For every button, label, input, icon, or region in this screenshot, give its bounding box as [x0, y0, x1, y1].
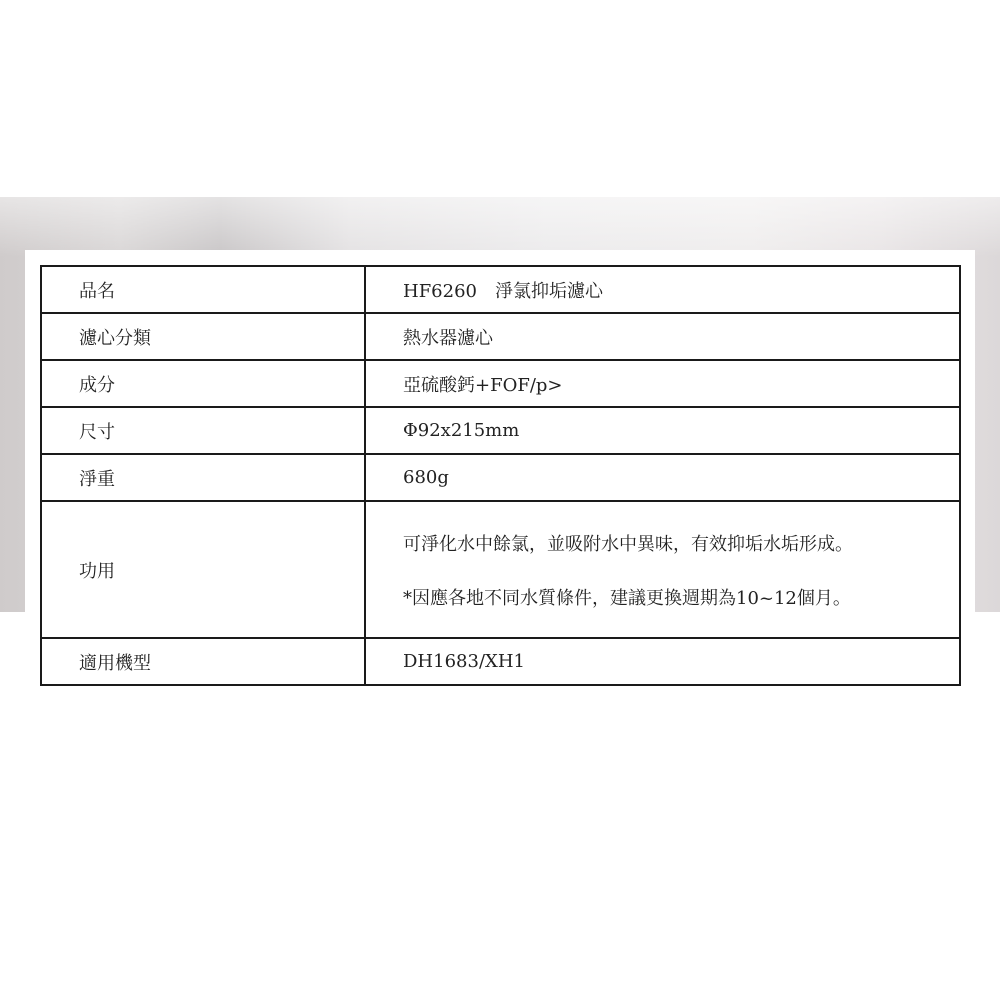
table-row-filter-category: 濾心分類 熱水器濾心	[41, 313, 960, 360]
row-value: 熱水器濾心	[365, 313, 960, 360]
product-spec-table: 品名 HF6260 淨氯抑垢濾心 濾心分類 熱水器濾心 成分 亞硫酸鈣+FOF/…	[40, 265, 961, 686]
row-value: Φ92x215mm	[365, 407, 960, 454]
table-row-ingredients: 成分 亞硫酸鈣+FOF/p>	[41, 360, 960, 407]
table-row-net-weight: 淨重 680g	[41, 454, 960, 501]
row-label: 尺寸	[41, 407, 365, 454]
table-row-product-name: 品名 HF6260 淨氯抑垢濾心	[41, 266, 960, 313]
row-value-multiline: 可淨化水中餘氯，並吸附水中異味，有效抑垢水垢形成。 *因應各地不同水質條件，建議…	[365, 501, 960, 638]
replacement-note: *因應各地不同水質條件，建議更換週期為10~12個月。	[403, 584, 959, 610]
table-row-dimensions: 尺寸 Φ92x215mm	[41, 407, 960, 454]
row-value: HF6260 淨氯抑垢濾心	[365, 266, 960, 313]
table-row-compatible-models: 適用機型 DH1683/XH1	[41, 638, 960, 685]
row-label: 成分	[41, 360, 365, 407]
table-row-function: 功用 可淨化水中餘氯，並吸附水中異味，有效抑垢水垢形成。 *因應各地不同水質條件…	[41, 501, 960, 638]
row-value: DH1683/XH1	[365, 638, 960, 685]
row-value: 亞硫酸鈣+FOF/p>	[365, 360, 960, 407]
row-label: 功用	[41, 501, 365, 638]
row-label: 濾心分類	[41, 313, 365, 360]
row-value: 680g	[365, 454, 960, 501]
function-description: 可淨化水中餘氯，並吸附水中異味，有效抑垢水垢形成。	[403, 530, 959, 556]
row-label: 適用機型	[41, 638, 365, 685]
row-label: 品名	[41, 266, 365, 313]
row-label: 淨重	[41, 454, 365, 501]
